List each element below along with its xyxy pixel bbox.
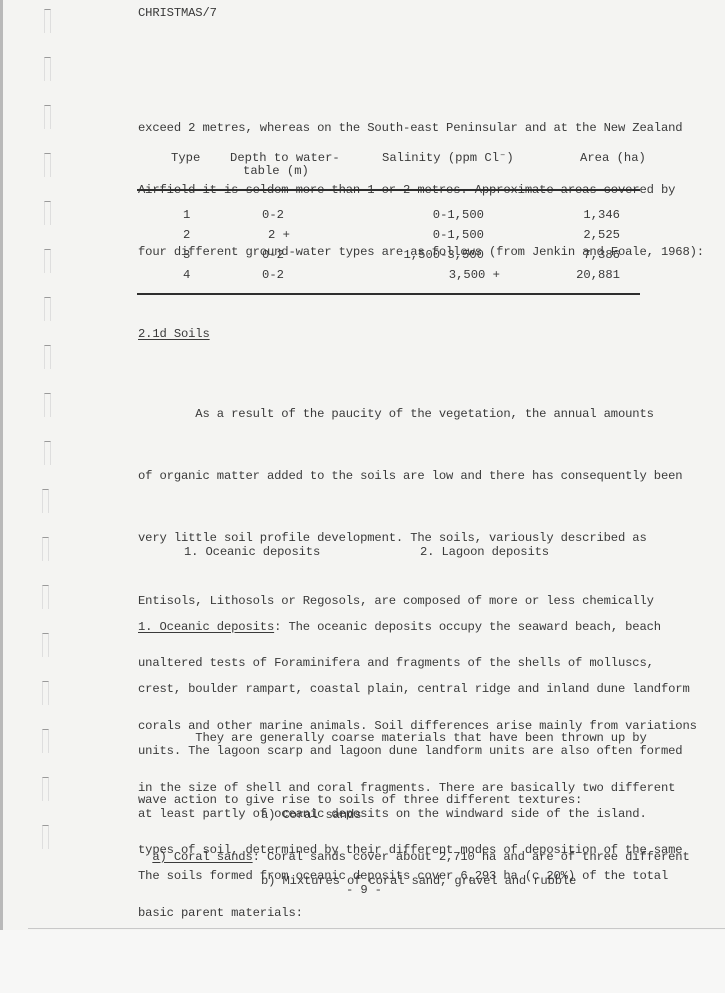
- cell-area: 20,881: [576, 265, 620, 285]
- binder-hole-mark: [44, 105, 51, 129]
- column-header-salinity: Salinity (ppm Cl⁻): [382, 152, 514, 165]
- binder-hole-mark: [44, 57, 51, 81]
- document-header: CHRISTMAS/7: [138, 3, 217, 24]
- table-bottom-rule: [137, 293, 640, 295]
- binder-hole-mark: [44, 393, 51, 417]
- oceanic-deposits-heading: 1. Oceanic deposits: [138, 620, 274, 634]
- list-item: b) Mixtures of coral sand, gravel and ru…: [261, 870, 576, 892]
- cell-type: 2: [183, 225, 190, 245]
- binder-hole-mark: [42, 537, 49, 561]
- cell-depth: 0-2: [262, 265, 284, 285]
- binder-hole-mark: [44, 249, 51, 273]
- cell-type: 3: [183, 245, 190, 265]
- deposit-type-oceanic: 1. Oceanic deposits: [184, 542, 320, 563]
- binder-hole-mark: [44, 201, 51, 225]
- text-line: As a result of the paucity of the vegeta…: [138, 404, 697, 425]
- binder-hole-mark: [42, 729, 49, 753]
- deposit-type-lagoon: 2. Lagoon deposits: [420, 542, 549, 563]
- text-line: : The oceanic deposits occupy the seawar…: [274, 620, 661, 634]
- table-top-rule: [137, 189, 640, 191]
- binder-hole-mark: [42, 681, 49, 705]
- page-number: - 9 -: [346, 880, 382, 901]
- binder-hole-mark: [44, 153, 51, 177]
- cell-type: 1: [183, 205, 190, 225]
- cell-salinity: 3,500 +: [449, 265, 500, 285]
- column-header-type: Type: [171, 152, 200, 165]
- cell-depth: 0-2: [262, 245, 284, 265]
- list-item: a) Coral sands: [261, 804, 576, 826]
- text-line: They are generally coarse materials that…: [138, 728, 647, 749]
- coral-sands-paragraph: a) Coral sands: Coral sands cover about …: [138, 826, 690, 868]
- column-header-depth-unit: table (m): [243, 165, 309, 178]
- cell-salinity: 0-1,500: [433, 225, 484, 245]
- cell-depth: 2 +: [268, 225, 290, 245]
- cell-salinity: 0-1,500: [433, 205, 484, 225]
- page-left-edge: [0, 0, 3, 993]
- binder-hole-mark: [44, 297, 51, 321]
- scan-background: [0, 930, 725, 993]
- cell-area: 1,346: [583, 205, 620, 225]
- cell-area: 2,525: [583, 225, 620, 245]
- coral-sands-heading: a) Coral sands: [152, 850, 252, 864]
- cell-type: 4: [183, 265, 190, 285]
- cell-salinity: 1,500-3,500: [404, 245, 484, 265]
- text-line: of organic matter added to the soils are…: [138, 466, 697, 487]
- section-heading: 2.1d Soils: [138, 324, 210, 345]
- binder-hole-mark: [42, 777, 49, 801]
- page-bottom-edge: [28, 928, 725, 929]
- binder-hole-mark: [42, 585, 49, 609]
- binder-hole-mark: [42, 489, 49, 513]
- text-line: exceed 2 metres, whereas on the South-ea…: [138, 118, 704, 139]
- text-line: : Coral sands cover about 2,710 ha and a…: [253, 850, 690, 864]
- binder-hole-mark: [42, 633, 49, 657]
- cell-area: 7,386: [583, 245, 620, 265]
- cell-depth: 0-2: [262, 205, 284, 225]
- binder-hole-mark: [44, 9, 51, 33]
- binder-hole-mark: [44, 345, 51, 369]
- column-header-area: Area (ha): [580, 152, 646, 165]
- binder-hole-mark: [44, 441, 51, 465]
- binder-hole-mark: [42, 825, 49, 849]
